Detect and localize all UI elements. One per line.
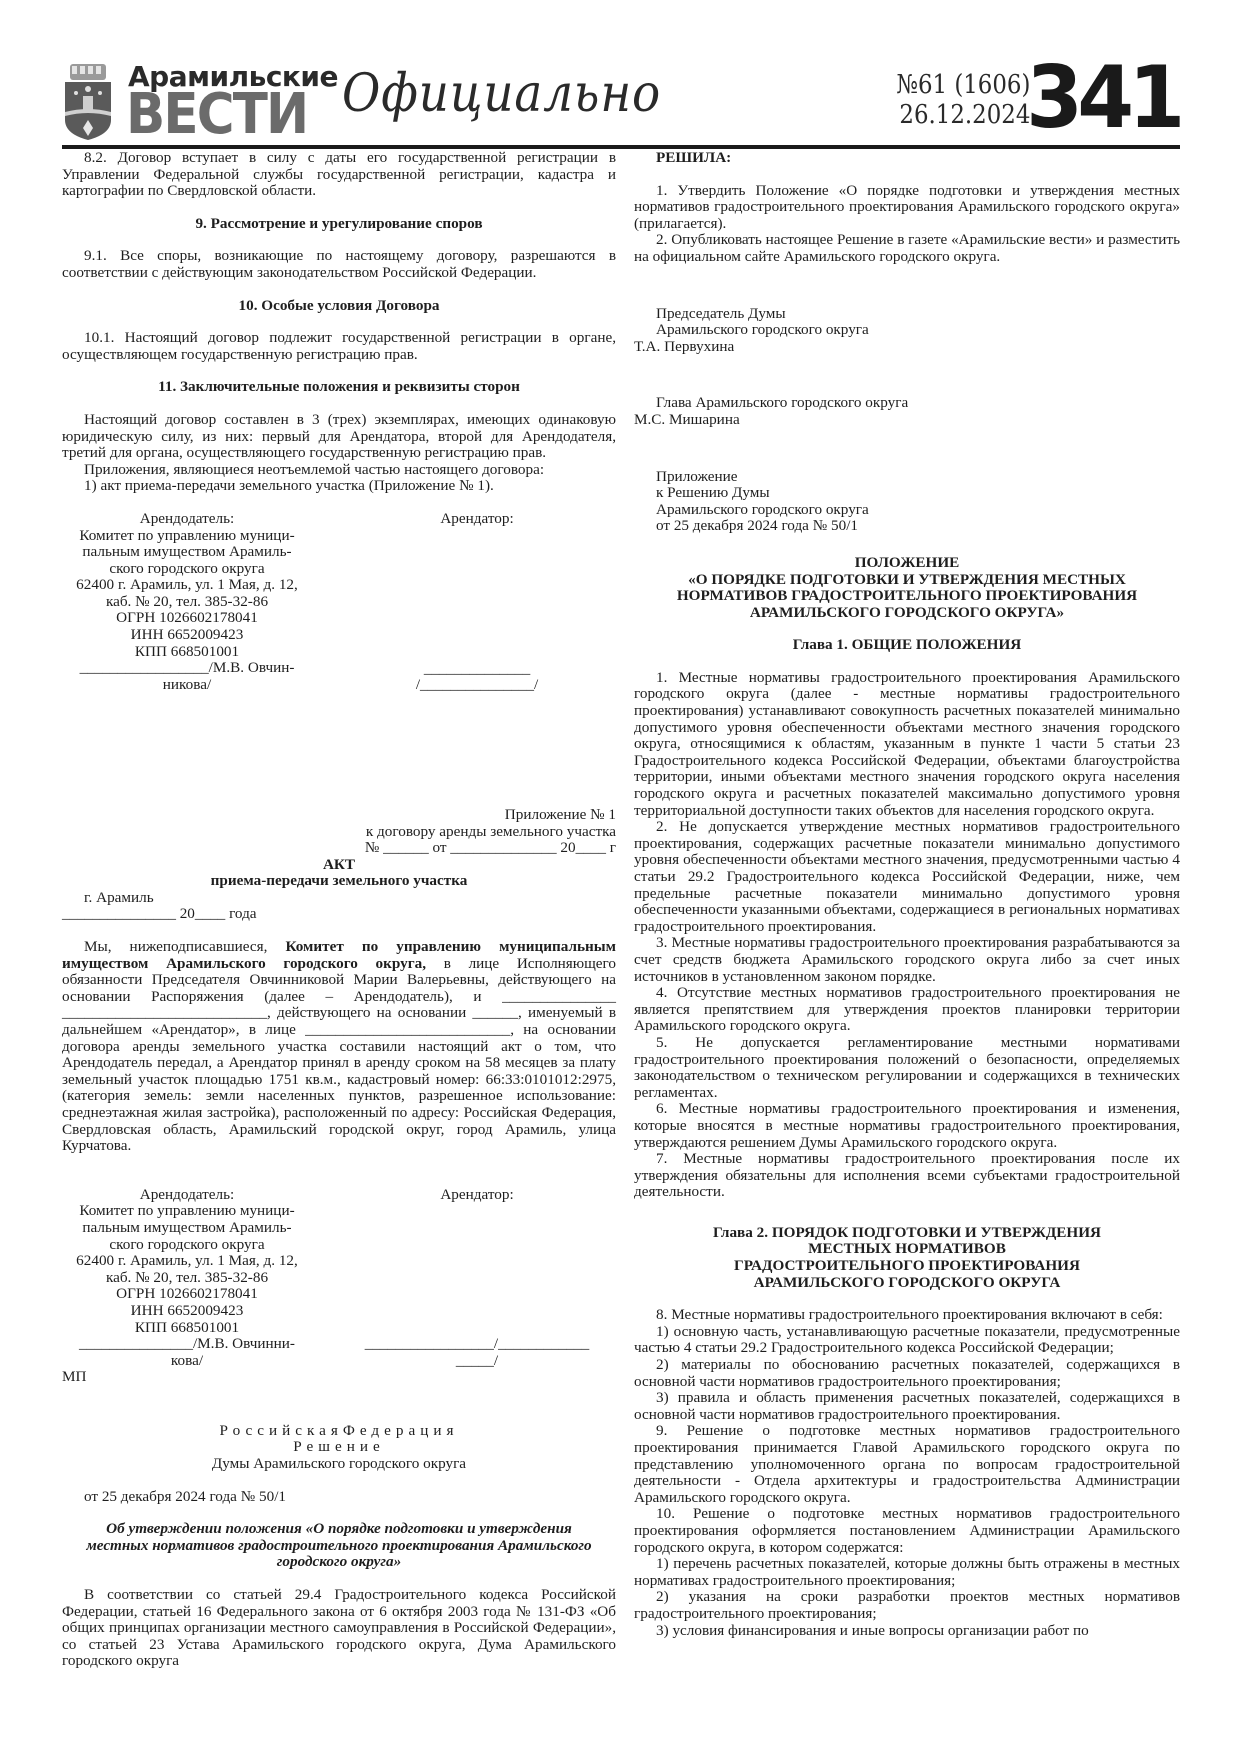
chapter-2-item: 2) материалы по обоснованию расчетных по… [634,1357,1180,1390]
brand-name-big: ВЕСТИ [126,84,307,146]
resolved-heading: РЕШИЛА: [634,150,1180,167]
page-number: 341 [1027,50,1180,146]
lessor-signature-line: _________________/М.В. Овчин- [62,660,312,677]
lessor-line: каб. № 20, тел. 385-32-86 [62,594,312,611]
lessee-signature-line: _________________/____________ [352,1336,602,1353]
clause-11-annexes: Приложения, являющиеся неотъемлемой част… [62,462,616,479]
issue-date: 26.12.2024 [896,100,1030,130]
section-title: Официально [342,64,661,124]
lessor-line: 62400 г. Арамиль, ул. 1 Мая, д. 12, [62,577,312,594]
chair-title-2: Арамильского городского округа [634,322,1180,339]
chapter-2-item: 1) основную часть, устанавливающую расче… [634,1324,1180,1357]
chapter-2-item: 10. Решение о подготовке местных нормати… [634,1506,1180,1556]
regulation-title: АРАМИЛЬСКОГО ГОРОДСКОГО ОКРУГА» [634,605,1180,622]
lessor-line: каб. № 20, тел. 385-32-86 [62,1270,312,1287]
act-subtitle: приема-передачи земельного участка [62,873,616,890]
chapter-1-item: 6. Местные нормативы градостроительного … [634,1101,1180,1151]
lessee-signature-line-2: _____/ [352,1353,602,1370]
act-body-text: в лице Исполняющего обязанности Председа… [62,955,616,1155]
lessor-details: Арендодатель: Комитет по управлению муни… [62,511,312,694]
clause-9-1: 9.1. Все споры, возникающие по настоящем… [62,248,616,281]
lessee-details: Арендатор: ______________ /_____________… [352,511,602,694]
lessee-signature-line: ______________ [352,661,602,678]
annex-line: от 25 декабря 2024 года № 50/1 [634,518,1180,535]
chapter-2-item: 3) правила и область применения расчетны… [634,1390,1180,1423]
heading-section-9: 9. Рассмотрение и урегулирование споров [62,216,616,233]
act-city: г. Арамиль [62,890,616,907]
heading-section-11: 11. Заключительные положения и реквизиты… [62,379,616,396]
decision-country: РоссийскаяФедерация [62,1423,616,1440]
regulation-title: ПОЛОЖЕНИЕ [634,555,1180,572]
signature-block-act: Арендодатель: Комитет по управлению муни… [62,1187,616,1383]
chapter-1-item: 2. Не допускается утверждение местных но… [634,819,1180,935]
lessor-signature-line-2: кова/ [62,1353,312,1370]
act-date: _______________ 20____ года [62,906,616,923]
act-title: АКТ [62,857,616,874]
chapter-2-heading: МЕСТНЫХ НОРМАТИВОВ [634,1241,1180,1258]
lessee-signature-line-2: /_______________/ [352,677,602,694]
lessee-label: Арендатор: [352,511,602,528]
lessor-label: Арендодатель: [62,1187,312,1204]
regulation-title: НОРМАТИВОВ ГРАДОСТРОИТЕЛЬНОГО ПРОЕКТИРОВ… [634,588,1180,605]
lessor-line: КПП 668501001 [62,644,312,661]
chapter-1-heading: Глава 1. ОБЩИЕ ПОЛОЖЕНИЯ [634,637,1180,654]
annex-line: к Решению Думы [634,485,1180,502]
head-name: М.С. Мишарина [634,412,1180,429]
left-column: 8.2. Договор вступает в силу с даты его … [62,150,616,1670]
annex-line: Арамильского городского округа [634,502,1180,519]
chapter-2-item: 9. Решение о подготовке местных норматив… [634,1423,1180,1506]
decision-preamble: В соответствии со статьей 29.4 Градостро… [62,1587,616,1670]
chapter-1-item: 7. Местные нормативы градостроительного … [634,1151,1180,1201]
chapter-2-item: 1) перечень расчетных показателей, котор… [634,1556,1180,1589]
issue-number: №61 (1606) [896,70,1030,100]
annex-contract-number: № ______ от ______________ 20____ г [62,840,616,857]
regulation-title: «О ПОРЯДКЕ ПОДГОТОВКИ И УТВЕРЖДЕНИЯ МЕСТ… [634,572,1180,589]
chapter-2-item: 2) указания на сроки разработки проектов… [634,1589,1180,1622]
lessor-details: Арендодатель: Комитет по управлению муни… [62,1187,312,1370]
act-body-intro: Мы, нижеподписавшиеся, [84,938,285,955]
lessor-line: 62400 г. Арамиль, ул. 1 Мая, д. 12, [62,1253,312,1270]
chapter-2-heading: ГРАДОСТРОИТЕЛЬНОГО ПРОЕКТИРОВАНИЯ [634,1258,1180,1275]
head-title: Глава Арамильского городского округа [634,395,1180,412]
chapter-2-item: 3) условия финансирования и иные вопросы… [634,1623,1180,1640]
annex-line: Приложение [634,469,1180,486]
lessee-details: Арендатор: _________________/___________… [352,1187,602,1370]
lessor-line: ОГРН 1026602178041 [62,610,312,627]
decision-title: Об утверждении положения «О порядке подг… [62,1521,616,1571]
coat-of-arms-icon [62,62,114,142]
chapter-1-item: 3. Местные нормативы градостроительного … [634,935,1180,985]
lessor-line: ИНН 6652009423 [62,1303,312,1320]
chair-title: Председатель Думы [634,306,1180,323]
resolution-item-1: 1. Утвердить Положение «О порядке подгот… [634,183,1180,233]
clause-10-1: 10.1. Настоящий договор подлежит государ… [62,330,616,363]
heading-section-10: 10. Особые условия Договора [62,298,616,315]
decision-date: от 25 декабря 2024 года № 50/1 [62,1489,616,1506]
annex-label: Приложение № 1 [62,807,616,824]
chapter-1-item: 5. Не допускается регламентирование мест… [634,1035,1180,1101]
chair-name: Т.А. Первухина [634,339,1180,356]
newspaper-page: Арамильские ВЕСТИ Официально №61 (1606) … [0,0,1241,1754]
lessor-line: КПП 668501001 [62,1320,312,1337]
lessor-line: ского городского округа [62,1237,312,1254]
decision-type: Решение [62,1439,616,1456]
lessor-label: Арендодатель: [62,511,312,528]
right-column: РЕШИЛА: 1. Утвердить Положение «О порядк… [634,150,1180,1639]
clause-11-annex-1: 1) акт приема-передачи земельного участк… [62,478,616,495]
chapter-2-item: 8. Местные нормативы градостроительного … [634,1307,1180,1324]
lessee-label: Арендатор: [352,1187,602,1204]
masthead: Арамильские ВЕСТИ Официально №61 (1606) … [62,58,1180,144]
lessor-line: Комитет по управлению муници- [62,1203,312,1220]
chapter-2-heading: АРАМИЛЬСКОГО ГОРОДСКОГО ОКРУГА [634,1275,1180,1292]
decision-body: Думы Арамильского городского округа [62,1456,616,1473]
chapter-1-item: 1. Местные нормативы градостроительного … [634,670,1180,819]
clause-8-2: 8.2. Договор вступает в силу с даты его … [62,150,616,200]
issue-info: №61 (1606) 26.12.2024 [896,70,1030,130]
clause-11-text: Настоящий договор составлен в 3 (трех) э… [62,412,616,462]
signature-block-contract: Арендодатель: Комитет по управлению муни… [62,511,616,707]
chapter-1-item: 4. Отсутствие местных нормативов градост… [634,985,1180,1035]
chapter-2-heading: Глава 2. ПОРЯДОК ПОДГОТОВКИ И УТВЕРЖДЕНИ… [634,1225,1180,1242]
lessor-signature-line-2: никова/ [62,677,312,694]
lessor-line: ИНН 6652009423 [62,627,312,644]
lessor-line: Комитет по управлению муници- [62,528,312,545]
lessor-line: ского городского округа [62,561,312,578]
lessor-line: пальным имуществом Арамиль- [62,1220,312,1237]
lessor-signature-line: _______________/М.В. Овчинни- [62,1336,312,1353]
resolution-item-2: 2. Опубликовать настоящее Решение в газе… [634,232,1180,265]
lessor-line: пальным имуществом Арамиль- [62,544,312,561]
act-body: Мы, нижеподписавшиеся, Комитет по управл… [62,939,616,1155]
stamp-label: МП [62,1369,86,1386]
lessor-line: ОГРН 1026602178041 [62,1286,312,1303]
annex-reference: к договору аренды земельного участка [62,824,616,841]
